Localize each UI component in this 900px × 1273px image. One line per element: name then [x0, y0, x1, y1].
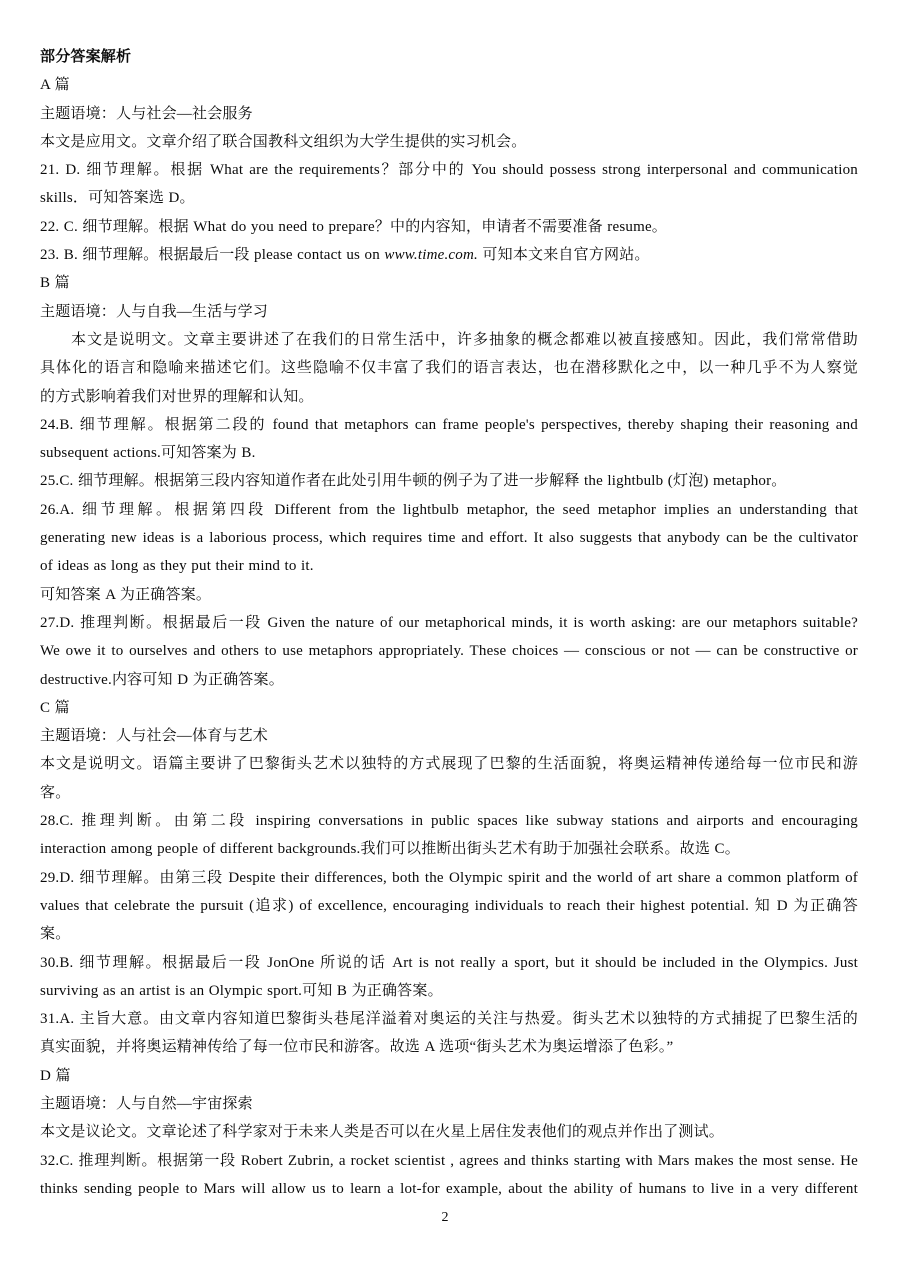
passage-a-summary: 本文是应用文。文章介绍了联合国教科文组织为大学生提供的实习机会。: [40, 128, 858, 156]
answer-26-line-2: generating new ideas is a laborious proc…: [40, 524, 858, 552]
answer-30-line-1: 30.B. 细节理解。根据最后一段 JonOne 所说的话 Art is not…: [40, 949, 858, 977]
italic-run: www.time.com.: [384, 247, 478, 263]
text-run: B 篇: [40, 275, 70, 291]
passage-d-theme: 主题语境：人与自然—宇宙探索: [40, 1090, 858, 1118]
answer-27-line-3: destructive.内容可知 D 为正确答案。: [40, 666, 858, 694]
text-run: interaction among people of different ba…: [40, 841, 740, 857]
answer-21-line-1: 21. D. 细节理解。根据 What are the requirements…: [40, 156, 858, 184]
text-run: 30.B. 细节理解。根据最后一段 JonOne 所说的话 Art is not…: [40, 955, 858, 971]
text-run: C 篇: [40, 700, 70, 716]
text-run: 31.A. 主旨大意。由文章内容知道巴黎街头巷尾洋溢着对奥运的关注与热爱。街头艺…: [40, 1011, 858, 1027]
text-run: 24.B. 细节理解。根据第二段的 found that metaphors c…: [40, 417, 858, 433]
text-run: 可知答案 A 为正确答案。: [40, 587, 211, 603]
text-run: generating new ideas is a laborious proc…: [40, 530, 858, 546]
doc-title: 部分答案解析: [40, 43, 858, 71]
text-run: A 篇: [40, 77, 70, 93]
text-run: 案。: [40, 926, 70, 942]
answer-24-line-2: subsequent actions.可知答案为 B.: [40, 439, 858, 467]
answer-26-line-3: of ideas as long as they put their mind …: [40, 552, 858, 580]
passage-d-summary: 本文是议论文。文章论述了科学家对于未来人类是否可以在火星上居住发表他们的观点并作…: [40, 1118, 858, 1146]
passage-b-summary-line-3: 的方式影响着我们对世界的理解和认知。: [40, 383, 858, 411]
text-run: 客。: [40, 785, 70, 801]
answer-27-line-2: We owe it to ourselves and others to use…: [40, 637, 858, 665]
answer-25: 25.C. 细节理解。根据第三段内容知道作者在此处引用牛顿的例子为了进一步解释 …: [40, 467, 858, 495]
passage-b-heading: B 篇: [40, 269, 858, 297]
text-run: 部分答案解析: [40, 49, 131, 65]
answer-29-line-1: 29.D. 细节理解。由第三段 Despite their difference…: [40, 864, 858, 892]
answer-28-line-1: 28.C. 推理判断。由第二段 inspiring conversations …: [40, 807, 858, 835]
text-run: 29.D. 细节理解。由第三段 Despite their difference…: [40, 870, 858, 886]
text-run: D 篇: [40, 1068, 71, 1084]
text-run: 27.D. 推理判断。根据最后一段 Given the nature of ou…: [40, 615, 858, 631]
page-number: 2: [0, 1204, 890, 1232]
passage-a-heading: A 篇: [40, 71, 858, 99]
text-run: 主题语境：人与社会—体育与艺术: [40, 728, 268, 744]
text-run: 23. B. 细节理解。根据最后一段 please contact us on: [40, 247, 384, 263]
passage-b-summary-line-1: 本文是说明文。文章主要讲述了在我们的日常生活中，许多抽象的概念都难以被直接感知。…: [40, 326, 858, 354]
answer-23: 23. B. 细节理解。根据最后一段 please contact us on …: [40, 241, 858, 269]
text-run: skills．可知答案选 D。: [40, 190, 195, 206]
answer-29-line-2: values that celebrate the pursuit (追求) o…: [40, 892, 858, 920]
document-content: 部分答案解析A 篇主题语境：人与社会—社会服务本文是应用文。文章介绍了联合国教科…: [40, 43, 858, 1203]
passage-b-summary-line-2: 具体化的语言和隐喻来描述它们。这些隐喻不仅丰富了我们的语言表达，也在潜移默化之中…: [40, 354, 858, 382]
text-run: of ideas as long as they put their mind …: [40, 558, 314, 574]
passage-d-heading: D 篇: [40, 1062, 858, 1090]
text-run: destructive.内容可知 D 为正确答案。: [40, 672, 284, 688]
text-run: thinks sending people to Mars will allow…: [40, 1181, 858, 1197]
text-run: 的方式影响着我们对世界的理解和认知。: [40, 389, 314, 405]
answer-31-line-1: 31.A. 主旨大意。由文章内容知道巴黎街头巷尾洋溢着对奥运的关注与热爱。街头艺…: [40, 1005, 858, 1033]
text-run: 真实面貌，并将奥运精神传给了每一位市民和游客。故选 A 选项“街头艺术为奥运增添…: [40, 1039, 673, 1055]
text-run: 可知本文来自官方网站。: [478, 247, 650, 263]
text-run: 本文是说明文。语篇主要讲了巴黎街头艺术以独特的方式展现了巴黎的生活面貌，将奥运精…: [40, 756, 858, 772]
passage-c-heading: C 篇: [40, 694, 858, 722]
answer-32-line-1: 32.C. 推理判断。根据第一段 Robert Zubrin, a rocket…: [40, 1147, 858, 1175]
text-run: 32.C. 推理判断。根据第一段 Robert Zubrin, a rocket…: [40, 1153, 858, 1169]
text-run: 本文是说明文。文章主要讲述了在我们的日常生活中，许多抽象的概念都难以被直接感知。…: [71, 332, 858, 348]
answer-27-line-1: 27.D. 推理判断。根据最后一段 Given the nature of ou…: [40, 609, 858, 637]
passage-c-summary-line-1: 本文是说明文。语篇主要讲了巴黎街头艺术以独特的方式展现了巴黎的生活面貌，将奥运精…: [40, 750, 858, 778]
answer-28-line-2: interaction among people of different ba…: [40, 835, 858, 863]
text-run: 21. D. 细节理解。根据 What are the requirements…: [40, 162, 858, 178]
text-run: 具体化的语言和隐喻来描述它们。这些隐喻不仅丰富了我们的语言表达，也在潜移默化之中…: [40, 360, 858, 376]
passage-c-theme: 主题语境：人与社会—体育与艺术: [40, 722, 858, 750]
answer-22: 22. C. 细节理解。根据 What do you need to prepa…: [40, 213, 858, 241]
text-run: We owe it to ourselves and others to use…: [40, 643, 858, 659]
text-run: 主题语境：人与自然—宇宙探索: [40, 1096, 253, 1112]
answer-30-line-2: surviving as an artist is an Olympic spo…: [40, 977, 858, 1005]
text-run: surviving as an artist is an Olympic spo…: [40, 983, 443, 999]
text-run: 本文是议论文。文章论述了科学家对于未来人类是否可以在火星上居住发表他们的观点并作…: [40, 1124, 724, 1140]
text-run: 26.A. 细节理解。根据第四段 Different from the ligh…: [40, 502, 858, 518]
text-run: values that celebrate the pursuit (追求) o…: [40, 898, 858, 914]
answer-31-line-2: 真实面貌，并将奥运精神传给了每一位市民和游客。故选 A 选项“街头艺术为奥运增添…: [40, 1033, 858, 1061]
text-run: subsequent actions.可知答案为 B.: [40, 445, 256, 461]
answer-21-line-2: skills．可知答案选 D。: [40, 184, 858, 212]
passage-a-theme: 主题语境：人与社会—社会服务: [40, 100, 858, 128]
text-run: 28.C. 推理判断。由第二段 inspiring conversations …: [40, 813, 858, 829]
answer-32-line-2: thinks sending people to Mars will allow…: [40, 1175, 858, 1203]
text-run: 本文是应用文。文章介绍了联合国教科文组织为大学生提供的实习机会。: [40, 134, 526, 150]
text-run: 25.C. 细节理解。根据第三段内容知道作者在此处引用牛顿的例子为了进一步解释 …: [40, 473, 787, 489]
passage-b-theme: 主题语境：人与自我—生活与学习: [40, 298, 858, 326]
text-run: 22. C. 细节理解。根据 What do you need to prepa…: [40, 219, 667, 235]
answer-26-conclusion: 可知答案 A 为正确答案。: [40, 581, 858, 609]
document-page: 部分答案解析A 篇主题语境：人与社会—社会服务本文是应用文。文章介绍了联合国教科…: [0, 0, 900, 1273]
passage-c-summary-line-2: 客。: [40, 779, 858, 807]
answer-29-line-3: 案。: [40, 920, 858, 948]
text-run: 主题语境：人与社会—社会服务: [40, 106, 253, 122]
text-run: 主题语境：人与自我—生活与学习: [40, 304, 268, 320]
answer-24-line-1: 24.B. 细节理解。根据第二段的 found that metaphors c…: [40, 411, 858, 439]
answer-26-line-1: 26.A. 细节理解。根据第四段 Different from the ligh…: [40, 496, 858, 524]
